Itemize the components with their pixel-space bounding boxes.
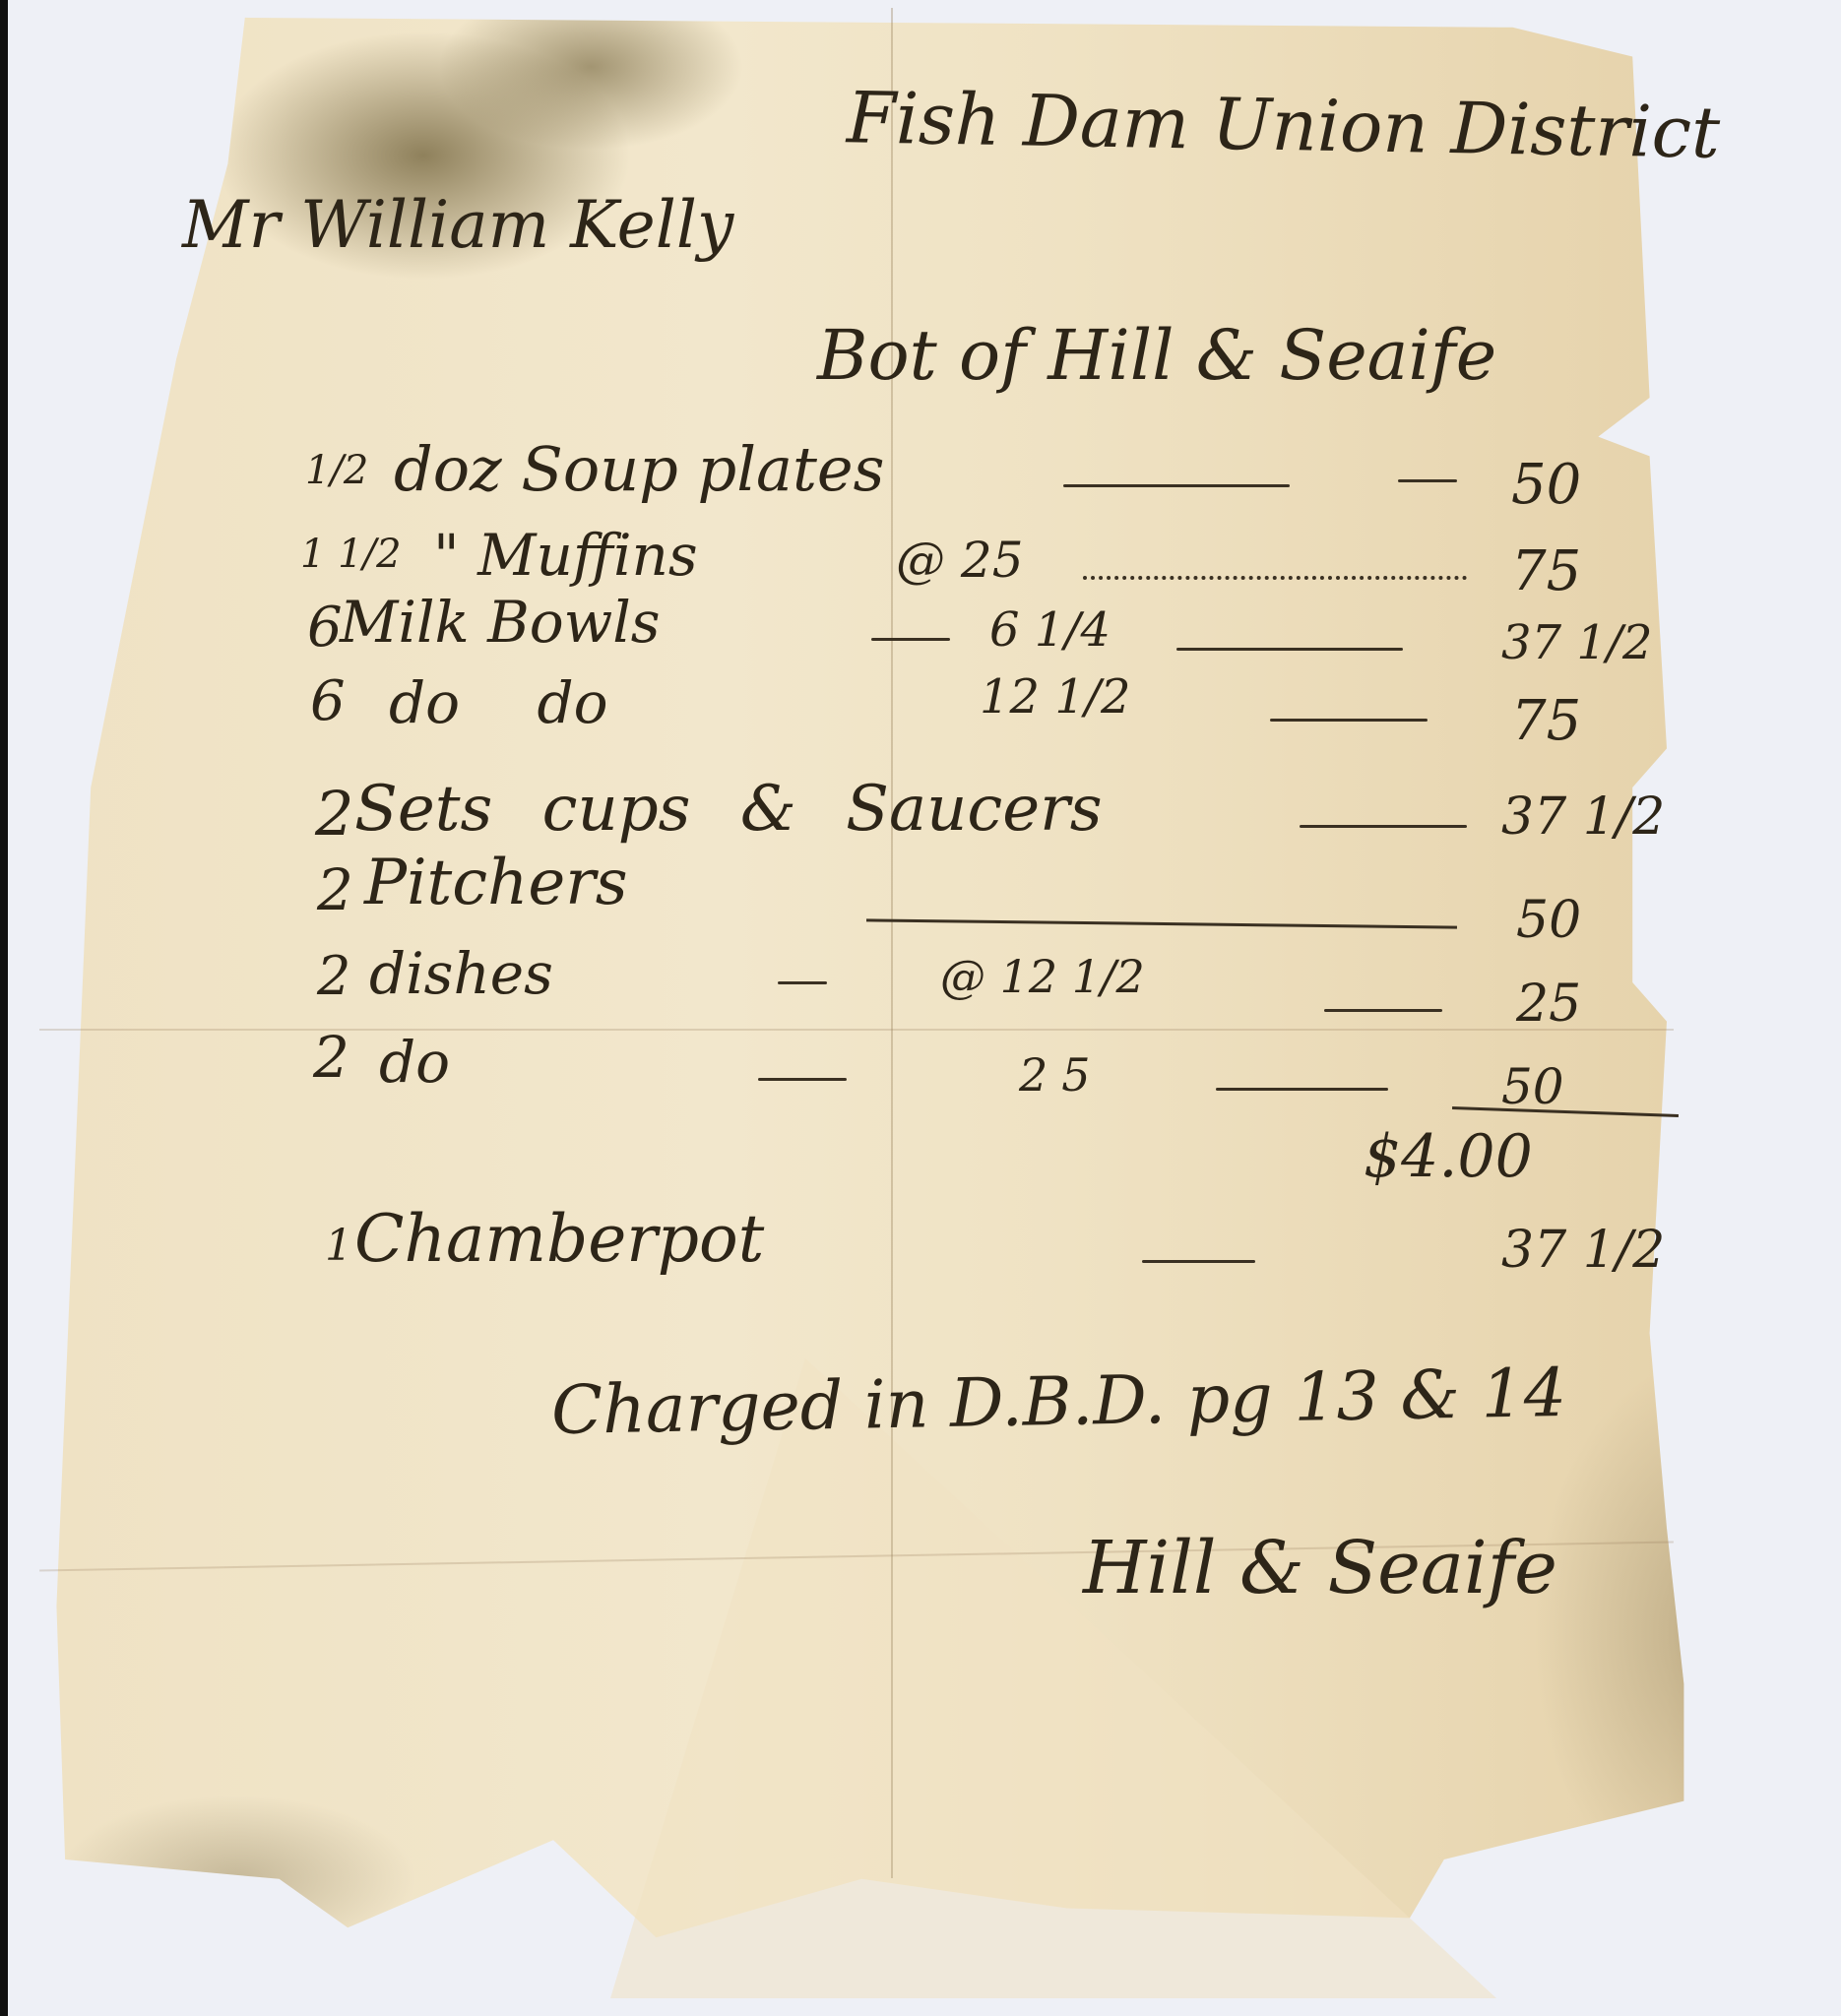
item-rate: 6 1/4 — [989, 602, 1111, 658]
scanner-edge — [0, 0, 8, 2016]
leader-line — [1270, 719, 1428, 722]
item-description: Pitchers — [364, 847, 628, 919]
item-amount: 50 — [1511, 453, 1581, 517]
leader-line — [1324, 1009, 1442, 1012]
item-amount: 25 — [1516, 975, 1581, 1034]
item-rate: @ 25 — [896, 532, 1024, 589]
item-qty: 1/2 — [305, 448, 368, 493]
item-qty: 2 — [315, 778, 353, 850]
item-amount: 37 1/2 — [1501, 615, 1653, 670]
fold-crease-horizontal — [39, 1029, 1674, 1031]
item-description: " Muffins — [433, 522, 698, 589]
leader-line — [1216, 1088, 1388, 1091]
item-qty: 2 — [317, 945, 350, 1007]
item-qty: 6 — [307, 596, 343, 660]
item-amount: 50 — [1516, 891, 1581, 950]
item-amount: 75 — [1511, 689, 1581, 753]
item-qty: 2 — [317, 856, 353, 923]
leader-line — [1142, 1260, 1255, 1263]
item-amount: 50 — [1501, 1058, 1564, 1115]
fold-crease-vertical — [891, 8, 893, 1878]
item-qty: 1 1/2 — [300, 532, 402, 577]
item-rate: 12 1/2 — [980, 669, 1131, 724]
extra-item-qty: 1 — [325, 1221, 352, 1271]
leader-line — [778, 981, 827, 984]
signature: Hill & Seaife — [1083, 1526, 1557, 1610]
item-description: do — [379, 1029, 450, 1096]
item-rate: 25 — [1019, 1048, 1105, 1102]
item-amount: 37 1/2 — [1501, 787, 1665, 847]
bought-of-line: Bot of Hill & Seaife — [817, 315, 1496, 396]
subtotal-amount: $4.00 — [1364, 1122, 1533, 1191]
leader-dots — [1083, 576, 1467, 580]
extra-item-description: Chamberpot — [354, 1201, 764, 1277]
item-description: dishes — [369, 940, 553, 1007]
leader-line — [758, 1078, 847, 1081]
recipient-name: Mr William Kelly — [182, 187, 733, 263]
item-qty: 6 — [310, 669, 346, 733]
item-amount: 75 — [1511, 539, 1581, 603]
item-description: Milk Bowls — [340, 589, 661, 656]
leader-line — [1300, 825, 1467, 828]
leader-line — [1063, 484, 1290, 487]
item-description: do do — [389, 669, 608, 736]
item-rate: @ 12 1/2 — [940, 950, 1145, 1003]
leader-line — [1176, 648, 1403, 651]
extra-item-amount: 37 1/2 — [1501, 1221, 1665, 1280]
item-qty: 2 — [313, 1024, 349, 1091]
leader-line — [871, 638, 950, 641]
place-heading: Fish Dam Union District — [846, 76, 1720, 173]
item-description: Sets cups & Saucers — [354, 773, 1103, 846]
item-description: doz Soup plates — [394, 433, 884, 505]
leader-line — [1398, 479, 1457, 482]
